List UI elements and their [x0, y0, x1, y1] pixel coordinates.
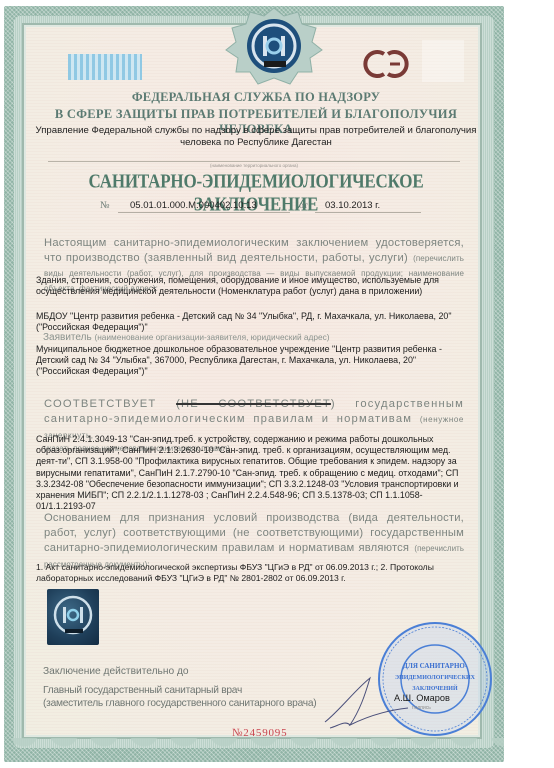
organization-name: МБДОУ "Центр развития ребенка - Детский …	[36, 311, 464, 333]
applicant-value: Муниципальное бюджетное дошкольное образ…	[36, 344, 464, 377]
agency-title-line1: ФЕДЕРАЛЬНАЯ СЛУЖБА ПО НАДЗОРУ	[30, 90, 482, 105]
document-date: 03.10.2013 г.	[315, 200, 421, 213]
frame-wave-border	[4, 738, 504, 756]
se-logo-icon	[360, 48, 416, 80]
applicant-label-text: Заявитель	[43, 332, 92, 343]
department-caption: (наименование территориального органа)	[48, 163, 460, 168]
basis-main: Основанием для признания условий произво…	[44, 512, 464, 554]
svg-text:ЗАКЛЮЧЕНИЙ: ЗАКЛЮЧЕНИЙ	[412, 684, 458, 692]
emblem-rosette-icon	[222, 6, 326, 86]
valid-until-label: Заключение действительно до	[43, 666, 189, 677]
divider	[48, 161, 460, 162]
serial-number: №2459095	[232, 727, 287, 739]
svg-text:ДЛЯ САНИТАРНО-: ДЛЯ САНИТАРНО-	[403, 662, 468, 670]
document-number: 05.01.01.000.М.000402.10.13	[118, 200, 290, 213]
applicant-hint: (наименование организации-заявителя, юри…	[94, 332, 329, 342]
number-label: №	[100, 200, 110, 211]
intro-main: Настоящим санитарно-эпидемиологическим з…	[44, 237, 464, 264]
chief-title-line2: (заместитель главного государственного с…	[43, 698, 316, 709]
objects-description: Здания, строения, сооружения, помещения,…	[36, 275, 464, 297]
signature-caption: подпись	[412, 705, 431, 711]
date-label: от	[299, 201, 308, 211]
chief-title-line1: Главный государственный санитарный врач	[43, 685, 242, 696]
department-name: Управление Федеральной службы по надзору…	[30, 125, 482, 149]
signer-name: А.Ш. Омаров	[394, 693, 450, 703]
department-line2: человека по Республике Дагестан	[30, 137, 482, 149]
department-line1: Управление Федеральной службы по надзору…	[30, 125, 482, 137]
hologram-sticker-icon	[47, 589, 99, 645]
conformity-struck: (НЕ СООТВЕТСТВУЕТ	[176, 398, 331, 410]
sanitary-rules-list: СанПиН 2.4.1.3049-13 "Сан-эпид.треб. к у…	[36, 434, 464, 512]
conformity-word: СООТВЕТСТВУЕТ	[44, 398, 156, 410]
hologram-strip	[68, 54, 142, 80]
applicant-label: Заявитель (наименование организации-заяв…	[43, 332, 330, 343]
blank-hologram-area	[422, 40, 464, 82]
reviewed-documents: 1. Акт санитарно-эпидемиологической эксп…	[36, 562, 464, 584]
